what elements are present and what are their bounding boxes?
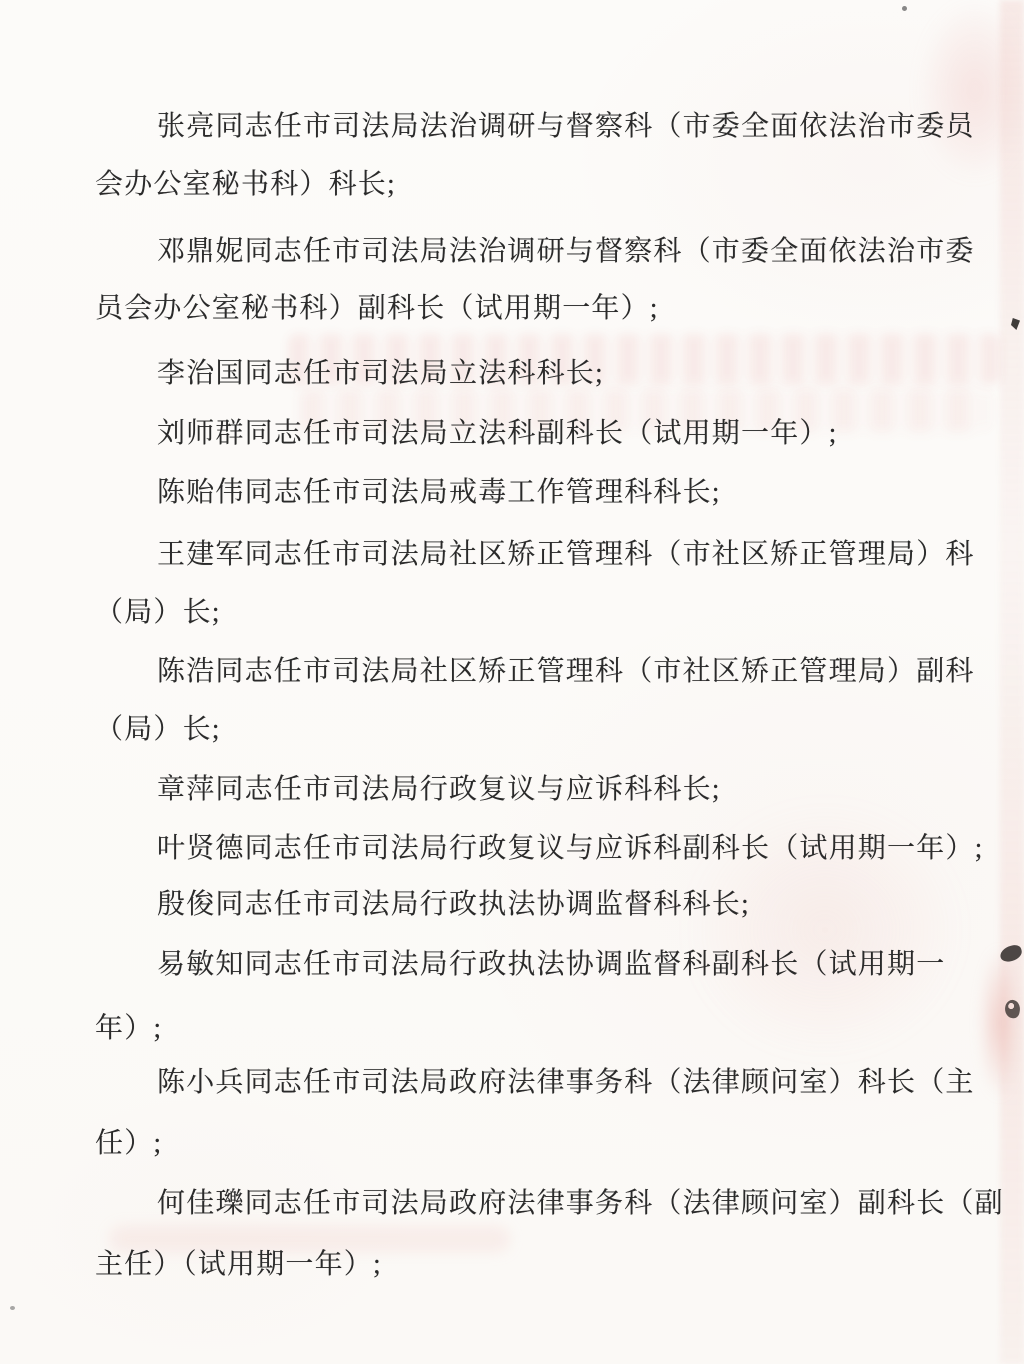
doc-line-14: 殷俊同志任市司法局行政执法协调监督科科长; [157,888,750,922]
doc-line-6: 刘师群同志任市司法局立法科副科长（试用期一年）; [157,417,838,451]
doc-line-16: 年）; [95,1012,162,1046]
scanned-document-screenshot: { "doc": { "language": "zh-CN", "kind": … [0,0,1024,1364]
doc-line-20: 主任）（试用期一年）; [95,1248,382,1282]
pink-scan-streak-right-edge [1000,0,1024,1364]
doc-line-3: 邓鼎妮同志任市司法局法治调研与督察科（市委全面依法治市委 [157,235,975,269]
ink-tick-right-edge [1011,318,1020,330]
doc-line-2: 会办公室秘书科）科长; [95,168,396,202]
dust-speck-top [902,6,907,11]
doc-line-13: 叶贤德同志任市司法局行政复议与应诉科副科长（试用期一年）; [157,832,984,866]
doc-line-7: 陈贻伟同志任市司法局戒毒工作管理科科长; [157,476,721,510]
doc-line-12: 章萍同志任市司法局行政复议与应诉科科长; [157,773,721,807]
doc-line-10: 陈浩同志任市司法局社区矫正管理科（市社区矫正管理局）副科 [157,655,975,689]
pink-haze-right-lower [974,928,1024,1118]
document-page: 张亮同志任市司法局法治调研与督察科（市委全面依法治市委员 会办公室秘书科）科长;… [0,0,1024,1364]
doc-line-18: 任）; [95,1127,162,1161]
doc-line-15: 易敏知同志任市司法局行政执法协调监督科副科长（试用期一 [157,948,945,982]
doc-line-17: 陈小兵同志任市司法局政府法律事务科（法律顾问室）科长（主 [157,1066,975,1100]
pink-ink-smudge-top-right [900,0,1024,210]
doc-line-11: （局）长; [95,713,221,747]
doc-line-1: 张亮同志任市司法局法治调研与督察科（市委全面依法治市委员 [157,110,975,144]
doc-line-8: 王建军同志任市司法局社区矫正管理科（市社区矫正管理局）科 [157,538,975,572]
dust-speck-bottom-left [10,1306,15,1310]
doc-line-5: 李治国同志任市司法局立法科科长; [157,357,604,391]
pink-bleedthrough-haze-middle [640,760,1010,1100]
ink-blot-right-edge-lower [1004,999,1022,1019]
doc-line-4: 员会办公室秘书科）副科长（试用期一年）; [95,292,659,326]
ink-blot-right-edge-upper [998,943,1023,963]
doc-line-9: （局）长; [95,596,221,630]
doc-line-19: 何佳瓅同志任市司法局政府法律事务科（法律顾问室）副科长（副 [157,1187,1004,1221]
